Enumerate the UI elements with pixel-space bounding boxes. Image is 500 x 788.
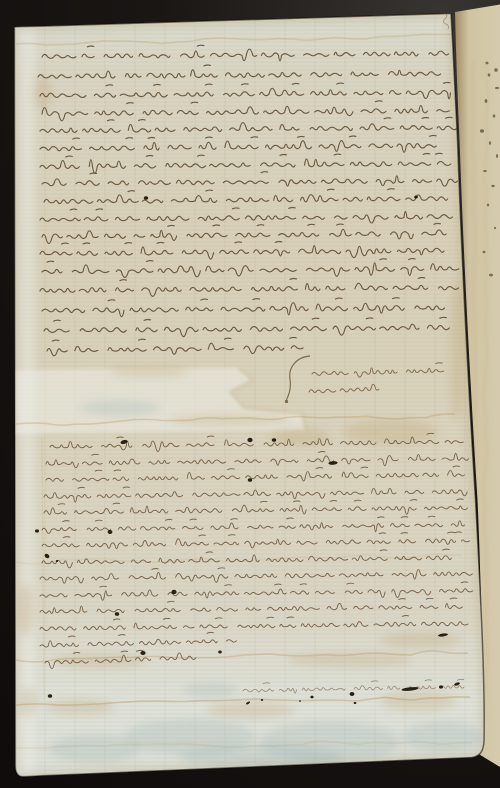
manuscript-scene: [0, 0, 500, 788]
manuscript-photograph: [0, 0, 500, 788]
